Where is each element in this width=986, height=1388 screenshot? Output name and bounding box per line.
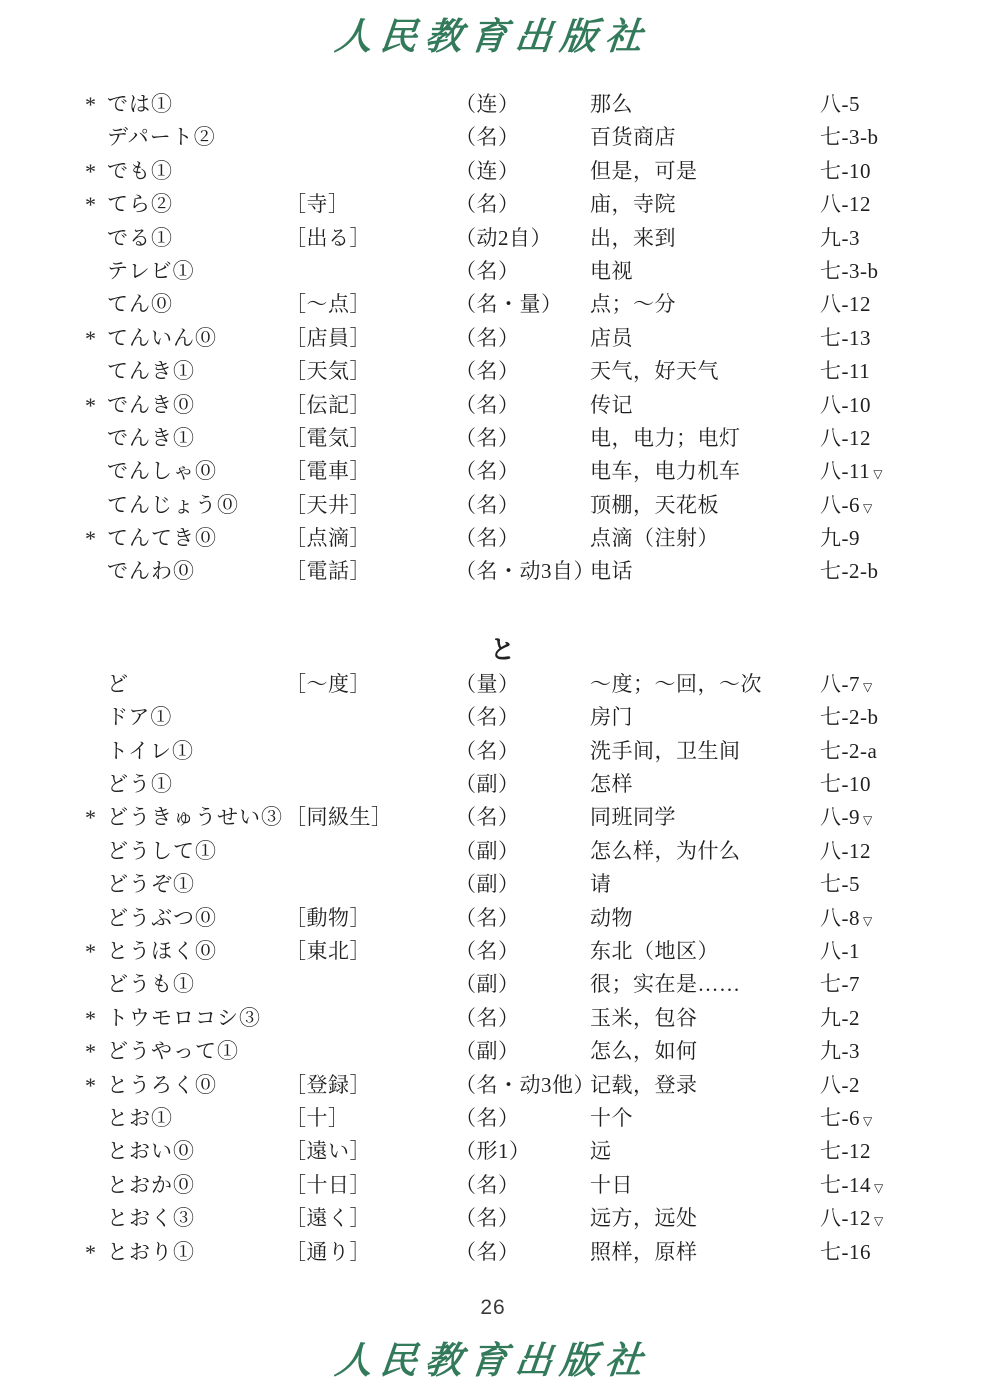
star-marker	[85, 902, 107, 938]
star-marker	[85, 288, 107, 324]
word-kanji	[285, 121, 455, 157]
lesson-code: 七-14	[820, 1173, 871, 1197]
part-of-speech: （连）	[455, 88, 590, 124]
meaning-chinese: ～度；～回，～次	[590, 668, 820, 704]
meaning-chinese: 怎么样，为什么	[590, 835, 820, 871]
word-kanji: ［東北］	[285, 935, 455, 971]
lesson-code: 八-12	[820, 292, 871, 316]
meaning-chinese: 十日	[590, 1169, 820, 1205]
word-kana: でる①	[107, 222, 285, 258]
word-kana: テレビ①	[107, 255, 285, 291]
lesson-code: 七-6	[820, 1106, 860, 1130]
meaning-chinese: 百货商店	[590, 121, 820, 157]
table-row: でる① ［出る］ （动2自） 出，来到 九-3	[85, 222, 920, 255]
table-row: でんしゃ⓪ ［電車］ （名） 电车，电力机车 八-11▽	[85, 455, 920, 488]
part-of-speech: （名）	[455, 355, 590, 391]
word-kanji: ［天井］	[285, 489, 455, 525]
table-row: ドア① （名） 房门 七-2-b	[85, 701, 920, 734]
table-row: * でんき⓪ ［伝記］ （名） 传记 八-10	[85, 389, 920, 422]
table-row: * てんいん⓪ ［店員］ （名） 店员 七-13	[85, 322, 920, 355]
lesson-ref: 八-12	[820, 422, 920, 458]
word-kanji: ［～度］	[285, 668, 455, 704]
table-row: どうぞ① （副） 请 七-5	[85, 868, 920, 901]
part-of-speech: （名）	[455, 1002, 590, 1038]
lesson-code: 八-2	[820, 1073, 860, 1097]
table-row: でんき① ［電気］ （名） 电，电力；电灯 八-12	[85, 422, 920, 455]
word-kana: とお①	[107, 1102, 285, 1138]
word-kanji: ［寺］	[285, 188, 455, 224]
table-row: * とおり① ［通り］ （名） 照样，原样 七-16	[85, 1236, 920, 1269]
part-of-speech: （名）	[455, 422, 590, 458]
word-kanji: ［動物］	[285, 902, 455, 938]
table-row: どうぶつ⓪ ［動物］ （名） 动物 八-8▽	[85, 902, 920, 935]
star-marker	[85, 668, 107, 704]
lesson-ref: 七-3-b	[820, 255, 920, 291]
triangle-mark: ▽	[873, 467, 883, 481]
table-row: とお① ［十］ （名） 十个 七-6▽	[85, 1102, 920, 1135]
triangle-mark: ▽	[874, 1214, 884, 1228]
word-kana: どうも①	[107, 968, 285, 1004]
table-row: てんき① ［天気］ （名） 天气，好天气 七-11	[85, 355, 920, 388]
word-kanji	[285, 255, 455, 291]
star-marker	[85, 255, 107, 291]
meaning-chinese: 天气，好天气	[590, 355, 820, 391]
triangle-mark: ▽	[874, 1181, 884, 1195]
lesson-ref: 八-5	[820, 88, 920, 124]
triangle-mark: ▽	[863, 501, 873, 515]
lesson-code: 八-12	[820, 192, 871, 216]
part-of-speech: （名）	[455, 322, 590, 358]
lesson-code: 八-12	[820, 1206, 871, 1230]
vocab-section: * では① （连） 那么 八-5 デパート② （名） 百货商店 七-3-b * …	[85, 88, 920, 589]
star-marker	[85, 835, 107, 871]
star-marker	[85, 489, 107, 525]
publisher-logo-bottom: 人民教育出版社	[0, 1330, 986, 1384]
word-kana: てんいん⓪	[107, 322, 285, 358]
lesson-ref: 九-2	[820, 1002, 920, 1038]
meaning-chinese: 很；实在是……	[590, 968, 820, 1004]
lesson-ref: 七-7	[820, 968, 920, 1004]
word-kana: でも①	[107, 155, 285, 191]
star-marker	[85, 701, 107, 737]
word-kanji: ［電車］	[285, 455, 455, 491]
lesson-ref: 八-6▽	[820, 489, 920, 525]
meaning-chinese: 怎么，如何	[590, 1035, 820, 1071]
part-of-speech: （副）	[455, 1035, 590, 1071]
lesson-ref: 七-10	[820, 155, 920, 191]
table-row: とおい⓪ ［遠い］ （形1） 远 七-12	[85, 1135, 920, 1168]
meaning-chinese: 远	[590, 1135, 820, 1171]
word-kana: どう①	[107, 768, 285, 804]
lesson-code: 九-9	[820, 526, 860, 550]
part-of-speech: （连）	[455, 155, 590, 191]
table-row: * どうきゅうせい③ ［同級生］ （名） 同班同学 八-9▽	[85, 801, 920, 834]
table-row: * でも① （连） 但是，可是 七-10	[85, 155, 920, 188]
lesson-ref: 七-2-b	[820, 701, 920, 737]
lesson-ref: 八-10	[820, 389, 920, 425]
table-row: とおく③ ［遠く］ （名） 远方，远处 八-12▽	[85, 1202, 920, 1235]
star-marker: *	[85, 522, 107, 558]
star-marker: *	[85, 801, 107, 837]
table-row: テレビ① （名） 电视 七-3-b	[85, 255, 920, 288]
lesson-ref: 七-5	[820, 868, 920, 904]
lesson-ref: 七-6▽	[820, 1102, 920, 1138]
publisher-logo-top: 人民教育出版社	[0, 6, 986, 60]
meaning-chinese: 点滴（注射）	[590, 522, 820, 558]
part-of-speech: （名・动3他）	[455, 1069, 590, 1105]
meaning-chinese: 十个	[590, 1102, 820, 1138]
vocab-section: と ど ［～度］ （量） ～度；～回，～次 八-7▽ ドア① （名） 房门 七-…	[85, 635, 920, 1269]
part-of-speech: （名）	[455, 389, 590, 425]
star-marker	[85, 222, 107, 258]
word-kana: とおい⓪	[107, 1135, 285, 1171]
word-kanji: ［電話］	[285, 555, 455, 591]
table-row: * てら② ［寺］ （名） 庙，寺院 八-12	[85, 188, 920, 221]
document-page: 人民教育出版社 * では① （连） 那么 八-5 デパート② （名） 百货商店 …	[0, 0, 986, 1388]
star-marker: *	[85, 389, 107, 425]
lesson-code: 九-3	[820, 226, 860, 250]
word-kanji	[285, 835, 455, 871]
meaning-chinese: 电车，电力机车	[590, 455, 820, 491]
word-kanji	[285, 1035, 455, 1071]
word-kana: でんしゃ⓪	[107, 455, 285, 491]
table-row: * てんてき⓪ ［点滴］ （名） 点滴（注射） 九-9	[85, 522, 920, 555]
lesson-ref: 七-12	[820, 1135, 920, 1171]
triangle-mark: ▽	[863, 680, 873, 694]
meaning-chinese: 传记	[590, 389, 820, 425]
star-marker	[85, 121, 107, 157]
lesson-code: 九-2	[820, 1006, 860, 1030]
lesson-ref: 八-1	[820, 935, 920, 971]
meaning-chinese: 出，来到	[590, 222, 820, 258]
part-of-speech: （名）	[455, 522, 590, 558]
lesson-code: 八-7	[820, 672, 860, 696]
word-kana: でんわ⓪	[107, 555, 285, 591]
meaning-chinese: 玉米，包谷	[590, 1002, 820, 1038]
lesson-code: 八-11	[820, 459, 870, 483]
star-marker: *	[85, 188, 107, 224]
meaning-chinese: 房门	[590, 701, 820, 737]
star-marker: *	[85, 1069, 107, 1105]
star-marker	[85, 555, 107, 591]
star-marker	[85, 768, 107, 804]
lesson-code: 八-12	[820, 839, 871, 863]
word-kanji: ［天気］	[285, 355, 455, 391]
part-of-speech: （副）	[455, 835, 590, 871]
part-of-speech: （名）	[455, 1169, 590, 1205]
word-kanji	[285, 88, 455, 124]
word-kanji: ［～点］	[285, 288, 455, 324]
word-kana: どうやって①	[107, 1035, 285, 1071]
table-row: どうも① （副） 很；实在是…… 七-7	[85, 968, 920, 1001]
lesson-code: 七-2-b	[820, 705, 879, 729]
word-kana: でんき①	[107, 422, 285, 458]
word-kanji: ［電気］	[285, 422, 455, 458]
word-kana: デパート②	[107, 121, 285, 157]
part-of-speech: （副）	[455, 768, 590, 804]
word-kanji: ［十日］	[285, 1169, 455, 1205]
lesson-ref: 八-7▽	[820, 668, 920, 704]
lesson-ref: 八-8▽	[820, 902, 920, 938]
meaning-chinese: 动物	[590, 902, 820, 938]
word-kanji: ［伝記］	[285, 389, 455, 425]
word-kanji: ［点滴］	[285, 522, 455, 558]
lesson-code: 七-7	[820, 972, 860, 996]
part-of-speech: （名）	[455, 1236, 590, 1272]
meaning-chinese: 电话	[590, 555, 820, 591]
word-kana: てんてき⓪	[107, 522, 285, 558]
lesson-code: 八-6	[820, 493, 860, 517]
lesson-code: 七-10	[820, 159, 871, 183]
lesson-code: 七-11	[820, 359, 870, 383]
word-kana: ど	[107, 668, 285, 704]
part-of-speech: （名）	[455, 455, 590, 491]
word-kana: てんき①	[107, 355, 285, 391]
meaning-chinese: 点；～分	[590, 288, 820, 324]
star-marker	[85, 735, 107, 771]
word-kana: とおか⓪	[107, 1169, 285, 1205]
meaning-chinese: 怎样	[590, 768, 820, 804]
star-marker: *	[85, 155, 107, 191]
lesson-code: 七-13	[820, 326, 871, 350]
lesson-ref: 七-13	[820, 322, 920, 358]
star-marker	[85, 1102, 107, 1138]
part-of-speech: （名）	[455, 1102, 590, 1138]
page-number: 26	[0, 1296, 986, 1320]
part-of-speech: （副）	[455, 968, 590, 1004]
lesson-code: 八-8	[820, 906, 860, 930]
word-kanji: ［同級生］	[285, 801, 455, 837]
triangle-mark: ▽	[863, 1114, 873, 1128]
table-row: トイレ① （名） 洗手间，卫生间 七-2-a	[85, 735, 920, 768]
table-row: ど ［～度］ （量） ～度；～回，～次 八-7▽	[85, 668, 920, 701]
meaning-chinese: 记载，登录	[590, 1069, 820, 1105]
star-marker	[85, 1135, 107, 1171]
word-kana: どうぶつ⓪	[107, 902, 285, 938]
word-kanji	[285, 735, 455, 771]
lesson-ref: 八-11▽	[820, 455, 920, 491]
part-of-speech: （名）	[455, 935, 590, 971]
meaning-chinese: 庙，寺院	[590, 188, 820, 224]
lesson-code: 八-1	[820, 939, 860, 963]
word-kanji	[285, 768, 455, 804]
triangle-mark: ▽	[863, 914, 873, 928]
word-kanji: ［通り］	[285, 1236, 455, 1272]
part-of-speech: （副）	[455, 868, 590, 904]
table-row: どうして① （副） 怎么样，为什么 八-12	[85, 835, 920, 868]
lesson-ref: 七-2-b	[820, 555, 920, 591]
part-of-speech: （动2自）	[455, 222, 590, 258]
lesson-ref: 七-2-a	[820, 735, 920, 771]
meaning-chinese: 请	[590, 868, 820, 904]
table-row: * とうろく⓪ ［登録］ （名・动3他） 记载，登录 八-2	[85, 1069, 920, 1102]
lesson-ref: 八-12	[820, 288, 920, 324]
part-of-speech: （形1）	[455, 1135, 590, 1171]
part-of-speech: （名）	[455, 255, 590, 291]
lesson-code: 八-10	[820, 393, 871, 417]
word-kana: てん⓪	[107, 288, 285, 324]
lesson-ref: 八-12	[820, 835, 920, 871]
lesson-ref: 九-3	[820, 222, 920, 258]
word-kanji	[285, 968, 455, 1004]
lesson-code: 八-9	[820, 805, 860, 829]
word-kanji	[285, 155, 455, 191]
section-rows: ど ［～度］ （量） ～度；～回，～次 八-7▽ ドア① （名） 房门 七-2-…	[85, 668, 920, 1269]
lesson-ref: 八-12▽	[820, 1202, 920, 1238]
meaning-chinese: 店员	[590, 322, 820, 358]
lesson-code: 八-5	[820, 92, 860, 116]
part-of-speech: （量）	[455, 668, 590, 704]
part-of-speech: （名）	[455, 735, 590, 771]
part-of-speech: （名）	[455, 801, 590, 837]
word-kanji: ［店員］	[285, 322, 455, 358]
lesson-ref: 七-3-b	[820, 121, 920, 157]
meaning-chinese: 洗手间，卫生间	[590, 735, 820, 771]
table-row: * どうやって① （副） 怎么，如何 九-3	[85, 1035, 920, 1068]
meaning-chinese: 电，电力；电灯	[590, 422, 820, 458]
star-marker: *	[85, 1002, 107, 1038]
word-kanji: ［遠く］	[285, 1202, 455, 1238]
star-marker: *	[85, 322, 107, 358]
word-kanji: ［遠い］	[285, 1135, 455, 1171]
star-marker	[85, 1169, 107, 1205]
meaning-chinese: 顶棚，天花板	[590, 489, 820, 525]
section-header: と	[85, 635, 920, 666]
word-kana: どうきゅうせい③	[107, 801, 285, 837]
lesson-ref: 八-9▽	[820, 801, 920, 837]
lesson-code: 七-10	[820, 772, 871, 796]
part-of-speech: （名）	[455, 188, 590, 224]
lesson-code: 七-2-b	[820, 559, 879, 583]
word-kanji	[285, 1002, 455, 1038]
lesson-code: 七-3-b	[820, 125, 879, 149]
lesson-ref: 九-3	[820, 1035, 920, 1071]
meaning-chinese: 东北（地区）	[590, 935, 820, 971]
word-kana: どうして①	[107, 835, 285, 871]
word-kana: でんき⓪	[107, 389, 285, 425]
part-of-speech: （名）	[455, 1202, 590, 1238]
lesson-ref: 九-9	[820, 522, 920, 558]
table-row: てん⓪ ［～点］ （名・量） 点；～分 八-12	[85, 288, 920, 321]
lesson-code: 七-16	[820, 1240, 871, 1264]
lesson-ref: 七-10	[820, 768, 920, 804]
meaning-chinese: 照样，原样	[590, 1236, 820, 1272]
part-of-speech: （名）	[455, 489, 590, 525]
meaning-chinese: 电视	[590, 255, 820, 291]
star-marker: *	[85, 1236, 107, 1272]
word-kana: とおり①	[107, 1236, 285, 1272]
word-kana: てら②	[107, 188, 285, 224]
lesson-ref: 七-16	[820, 1236, 920, 1272]
meaning-chinese: 但是，可是	[590, 155, 820, 191]
part-of-speech: （名・量）	[455, 288, 590, 324]
word-kanji: ［出る］	[285, 222, 455, 258]
star-marker	[85, 355, 107, 391]
star-marker	[85, 422, 107, 458]
table-row: とおか⓪ ［十日］ （名） 十日 七-14▽	[85, 1169, 920, 1202]
meaning-chinese: 同班同学	[590, 801, 820, 837]
star-marker	[85, 1202, 107, 1238]
lesson-code: 九-3	[820, 1039, 860, 1063]
word-kana: ドア①	[107, 701, 285, 737]
star-marker: *	[85, 935, 107, 971]
table-row: てんじょう⓪ ［天井］ （名） 顶棚，天花板 八-6▽	[85, 489, 920, 522]
table-row: デパート② （名） 百货商店 七-3-b	[85, 121, 920, 154]
word-kana: では①	[107, 88, 285, 124]
section-rows: * では① （连） 那么 八-5 デパート② （名） 百货商店 七-3-b * …	[85, 88, 920, 589]
lesson-code: 七-12	[820, 1139, 871, 1163]
meaning-chinese: 远方，远处	[590, 1202, 820, 1238]
lesson-code: 八-12	[820, 426, 871, 450]
word-kana: とうろく⓪	[107, 1069, 285, 1105]
word-kana: トウモロコシ③	[107, 1002, 285, 1038]
part-of-speech: （名・动3自）	[455, 555, 590, 591]
star-marker	[85, 868, 107, 904]
triangle-mark: ▽	[863, 813, 873, 827]
part-of-speech: （名）	[455, 902, 590, 938]
word-kanji: ［十］	[285, 1102, 455, 1138]
word-kanji: ［登録］	[285, 1069, 455, 1105]
lesson-code: 七-5	[820, 872, 860, 896]
word-kanji	[285, 868, 455, 904]
part-of-speech: （名）	[455, 701, 590, 737]
meaning-chinese: 那么	[590, 88, 820, 124]
vocab-table: * では① （连） 那么 八-5 デパート② （名） 百货商店 七-3-b * …	[85, 88, 920, 1269]
word-kana: てんじょう⓪	[107, 489, 285, 525]
star-marker	[85, 968, 107, 1004]
table-row: どう① （副） 怎样 七-10	[85, 768, 920, 801]
table-row: * では① （连） 那么 八-5	[85, 88, 920, 121]
lesson-code: 七-2-a	[820, 739, 877, 763]
table-row: * とうほく⓪ ［東北］ （名） 东北（地区） 八-1	[85, 935, 920, 968]
lesson-code: 七-3-b	[820, 259, 879, 283]
star-marker: *	[85, 88, 107, 124]
table-row: * トウモロコシ③ （名） 玉米，包谷 九-2	[85, 1002, 920, 1035]
lesson-ref: 八-2	[820, 1069, 920, 1105]
word-kana: どうぞ①	[107, 868, 285, 904]
table-row: でんわ⓪ ［電話］ （名・动3自） 电话 七-2-b	[85, 555, 920, 588]
word-kana: とおく③	[107, 1202, 285, 1238]
word-kanji	[285, 701, 455, 737]
lesson-ref: 八-12	[820, 188, 920, 224]
word-kana: とうほく⓪	[107, 935, 285, 971]
lesson-ref: 七-14▽	[820, 1169, 920, 1205]
star-marker	[85, 455, 107, 491]
word-kana: トイレ①	[107, 735, 285, 771]
star-marker: *	[85, 1035, 107, 1071]
part-of-speech: （名）	[455, 121, 590, 157]
lesson-ref: 七-11	[820, 355, 920, 391]
